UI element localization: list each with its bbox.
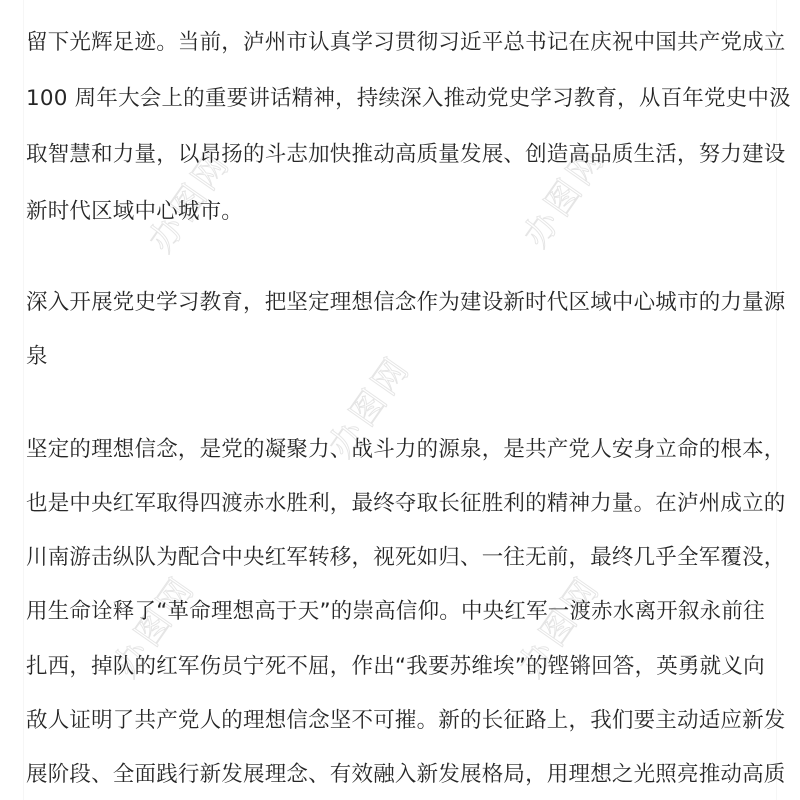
text-line: 川南游击纵队为配合中央红军转移，视死如归、一往无前，最终几乎全军覆没， — [26, 543, 776, 573]
page-left-edge — [23, 0, 24, 800]
text-line: 泉 — [26, 342, 776, 372]
document-page: 留下光辉足迹。当前，泸州市认真学习贯彻习近平总书记在庆祝中国共产党成立 100 … — [0, 0, 800, 800]
text-line: 用生命诠释了“革命理想高于天”的崇高信仰。中央红军一渡赤水离开叙永前往 — [26, 597, 776, 627]
text-line: 留下光辉足迹。当前，泸州市认真学习贯彻习近平总书记在庆祝中国共产党成立 — [26, 28, 776, 58]
text-line: 取智慧和力量，以昂扬的斗志加快推动高质量发展、创造高品质生活，努力建设 — [26, 140, 776, 170]
text-line: 也是中央红军取得四渡赤水胜利，最终夺取长征胜利的精神力量。在泸州成立的 — [26, 489, 776, 519]
page-right-edge — [776, 0, 777, 800]
text-line: 新时代区域中心城市。 — [26, 197, 776, 227]
text-line: 100 周年大会上的重要讲话精神，持续深入推动党史学习教育，从百年党史中汲 — [26, 84, 776, 114]
text-line: 坚定的理想信念，是党的凝聚力、战斗力的源泉，是共产党人安身立命的根本， — [26, 435, 776, 465]
text-line: 深入开展党史学习教育，把坚定理想信念作为建设新时代区域中心城市的力量源 — [26, 288, 776, 318]
text-line: 展阶段、全面践行新发展理念、有效融入新发展格局，用理想之光照亮推动高质 — [26, 760, 776, 790]
text-line: 扎西，掉队的红军伤员宁死不屈，作出“我要苏维埃”的铿锵回答，英勇就义向 — [26, 652, 776, 682]
text-line: 敌人证明了共产党人的理想信念坚不可摧。新的长征路上，我们要主动适应新发 — [26, 706, 776, 736]
